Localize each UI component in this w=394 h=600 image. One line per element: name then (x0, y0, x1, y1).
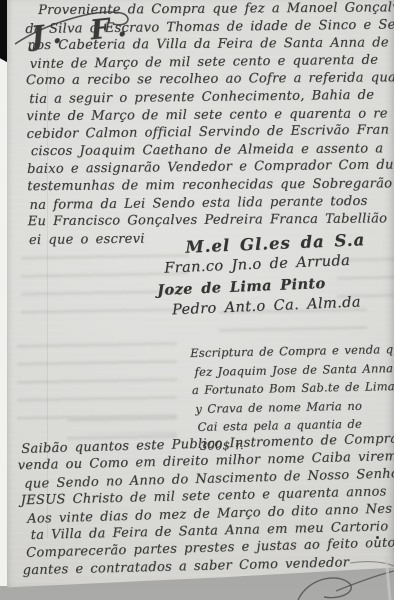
text-line: Eu Francisco Gonçalves Pedreira Franca T… (28, 210, 394, 231)
text-line: vinte de Março de mil sete cento e quare… (26, 105, 394, 126)
text-line: ciscos Joaquim Caethano de Almeida e ass… (31, 140, 394, 160)
text-line: testemunhas de mim reconhecidas que Sobr… (27, 175, 394, 196)
bleed-through-smudge (17, 334, 177, 434)
signature-block: M.el Gl.es da S.a Fran.co Jn.o de Arruda… (155, 228, 394, 322)
ink-speck (376, 536, 379, 539)
manuscript-page-scan: Proveniente da Compra que fez a Manoel G… (0, 0, 394, 600)
bottom-paragraph: Saibão quantos este Publico Instromento … (17, 430, 394, 580)
text-line: Como a recibo se recolheo ao Cofre a ref… (26, 70, 394, 91)
text-line: a Fortunato Bom Sab.te de Lima (192, 377, 394, 400)
ink-speck (111, 585, 125, 587)
paper-sheet: Proveniente da Compra que fez a Manoel G… (7, 0, 394, 600)
